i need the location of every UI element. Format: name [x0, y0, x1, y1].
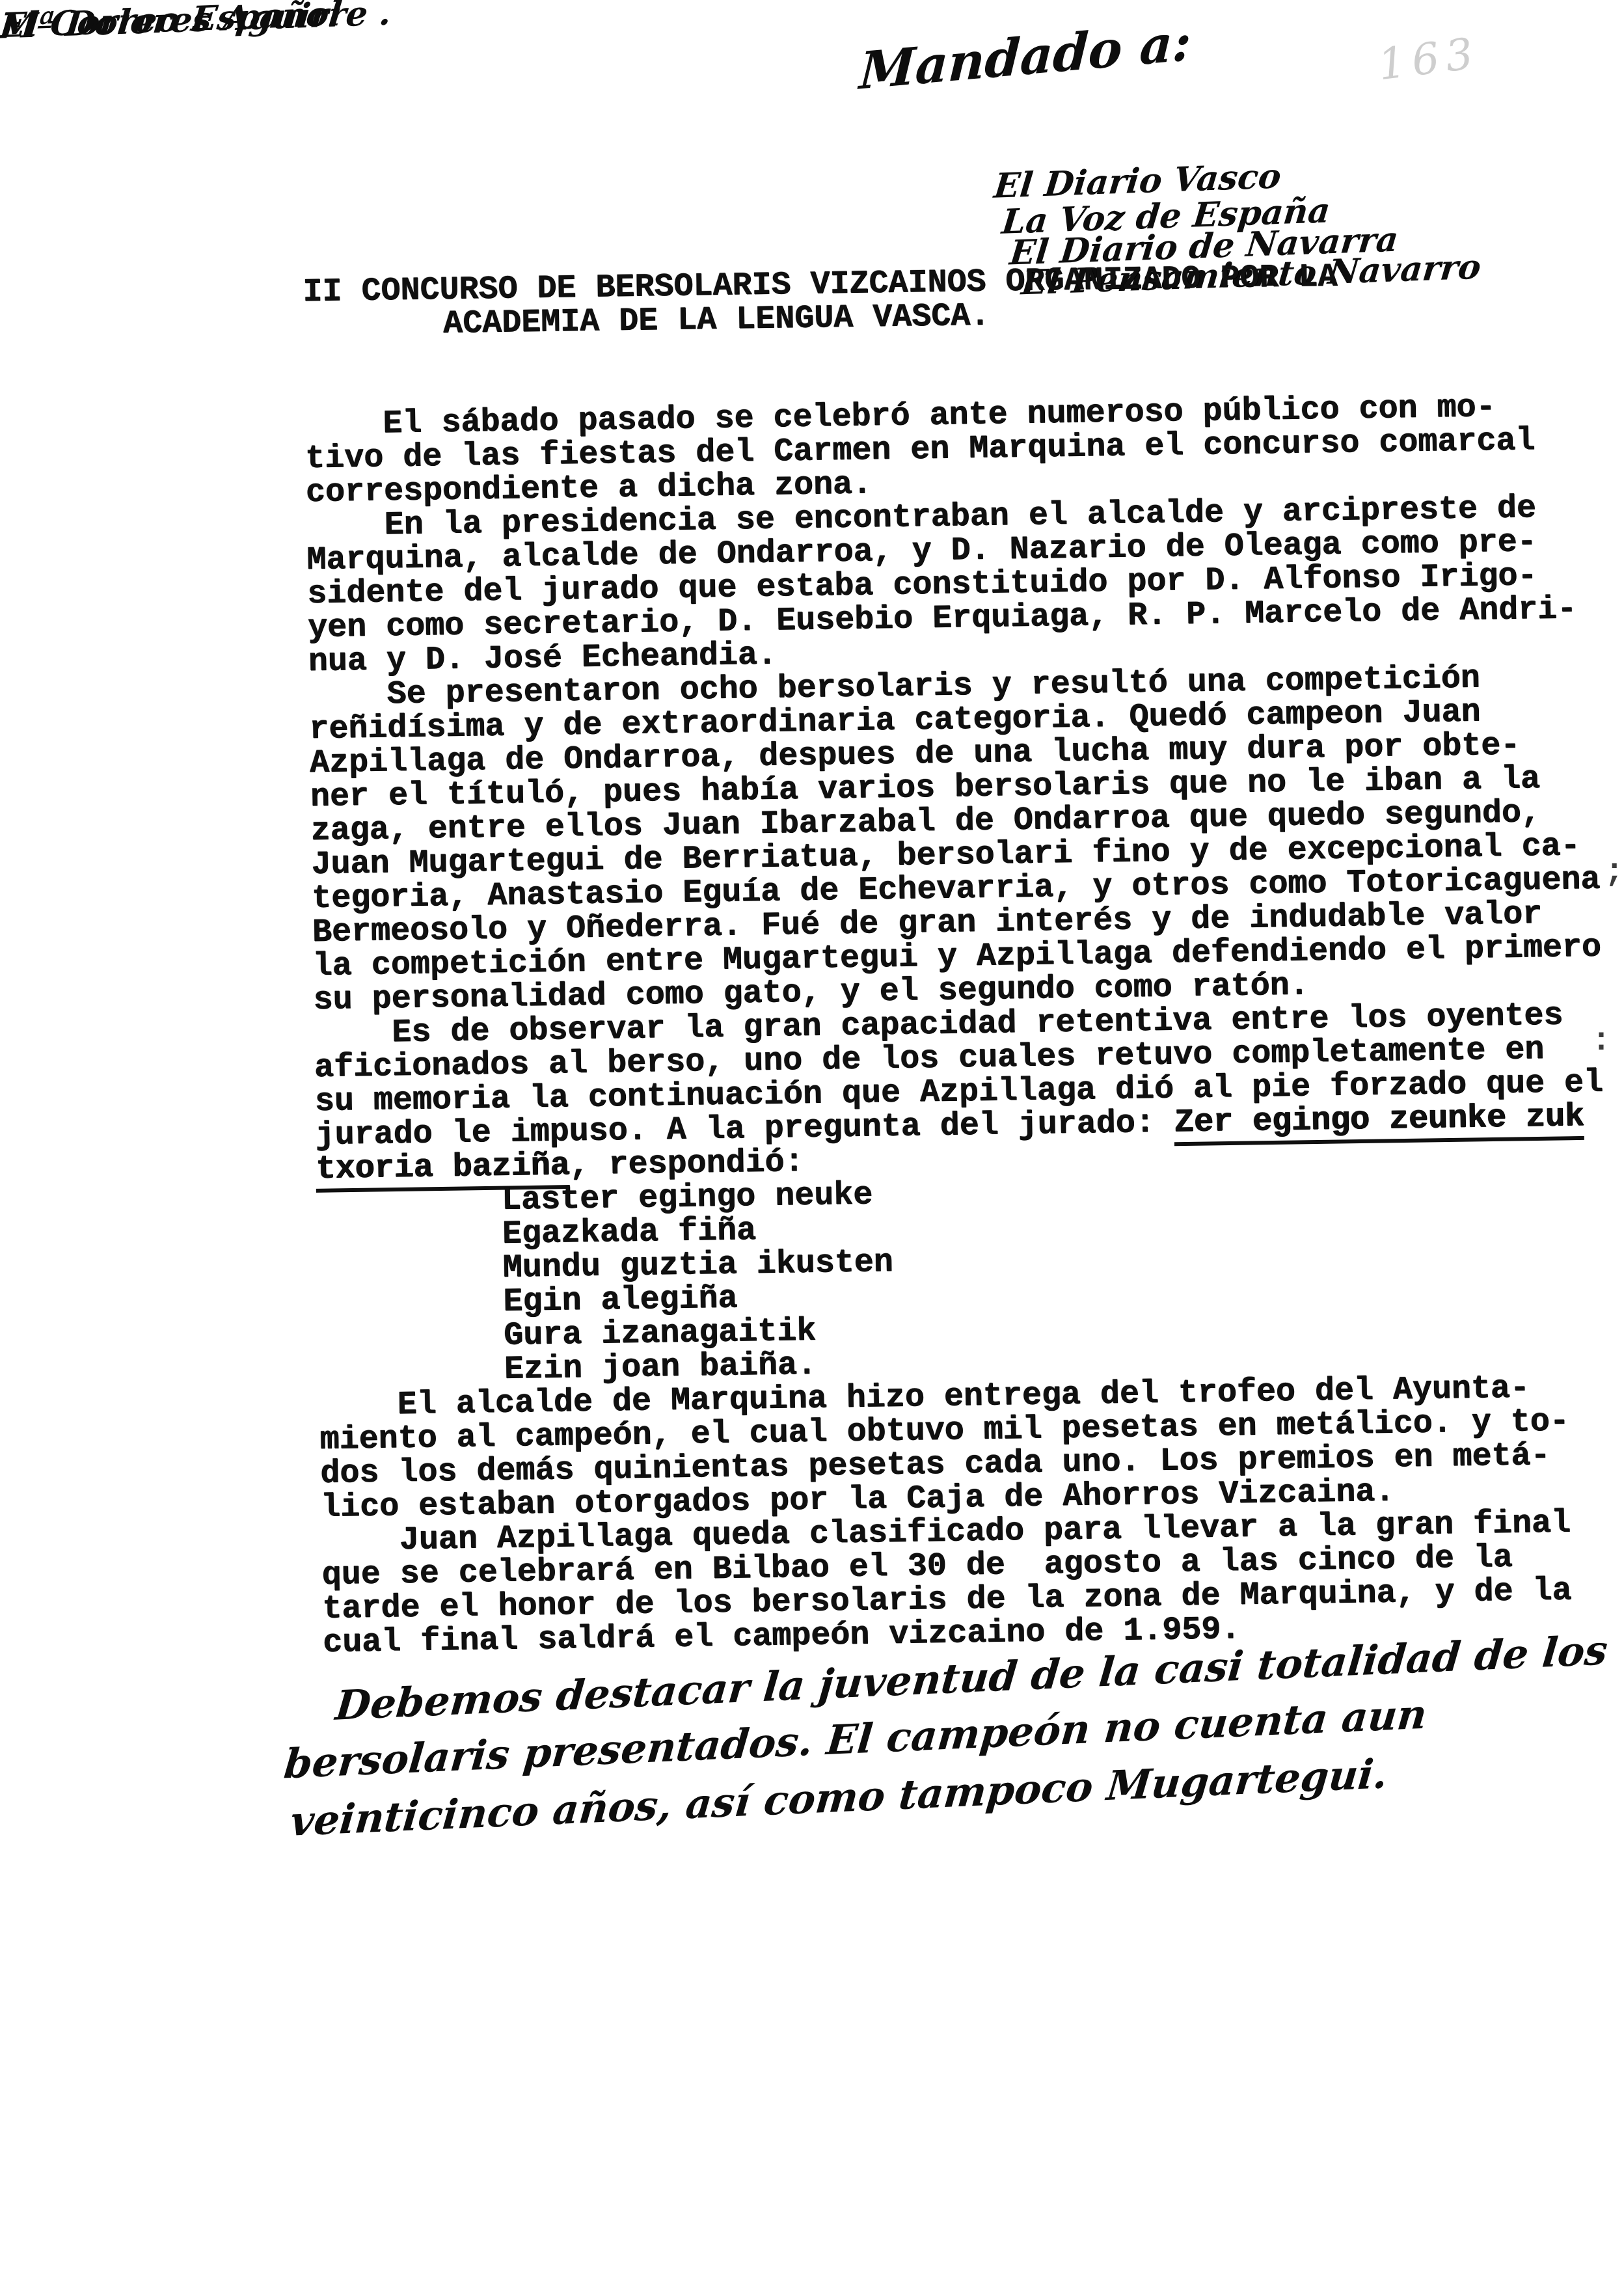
handwritten-sent-to-label: Mandado a: [858, 12, 1193, 101]
typed-document: II CONCURSO DE BERSOLARIS VIZCAINOS ORGA… [303, 256, 1624, 1661]
stray-ink-mark: ; [1604, 854, 1624, 891]
underlined-phrase: Zer egingo zeunke zuk [1174, 1098, 1584, 1146]
stray-ink-mark: : [1591, 1023, 1611, 1060]
handwritten-recipient: Mª Dolores Aguirre . [0, 0, 393, 47]
document-title: II CONCURSO DE BERSOLARIS VIZCAINOS ORGA… [303, 256, 1624, 344]
pencil-page-number: 163 [1375, 28, 1482, 90]
scanned-document-page: 163 Mandado a: El Diario Vasco La Voz de… [0, 0, 1624, 2282]
typed-body: El sábado pasado se celebró ante numeros… [304, 389, 1624, 1661]
